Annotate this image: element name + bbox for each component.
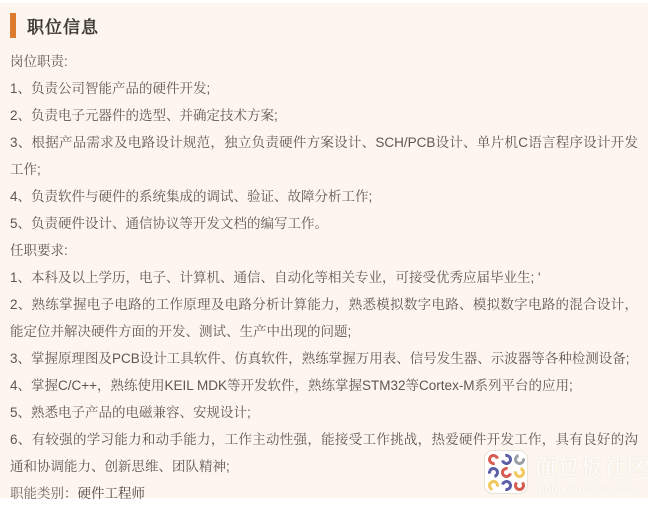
page: 职位信息 岗位职责: 1、负责公司智能产品的硬件开发; 2、负责电子元器件的选型… bbox=[0, 0, 648, 505]
requirement-item: 5、熟悉电子产品的电磁兼容、安规设计; bbox=[10, 399, 638, 426]
responsibilities-label: 岗位职责: bbox=[10, 48, 638, 75]
job-description: 岗位职责: 1、负责公司智能产品的硬件开发; 2、负责电子元器件的选型、并确定技… bbox=[0, 48, 648, 505]
responsibility-item: 5、负责硬件设计、通信协议等开发文档的编写工作。 bbox=[10, 210, 638, 237]
section-header: 职位信息 bbox=[10, 12, 648, 38]
responsibility-item: 3、根据产品需求及电路设计规范，独立负责硬件方案设计、SCH/PCB设计、单片机… bbox=[10, 129, 638, 183]
requirement-item: 1、本科及以上学历，电子、计算机、通信、自动化等相关专业，可接受优秀应届毕业生;… bbox=[10, 264, 638, 291]
requirement-item: 4、掌握C/C++，熟练使用KEIL MDK等开发软件，熟练掌握STM32等Co… bbox=[10, 372, 638, 399]
accent-bar-icon bbox=[10, 13, 16, 38]
responsibility-item: 1、负责公司智能产品的硬件开发; bbox=[10, 75, 638, 102]
job-info-panel: 职位信息 岗位职责: 1、负责公司智能产品的硬件开发; 2、负责电子元器件的选型… bbox=[0, 3, 648, 498]
responsibility-item: 4、负责软件与硬件的系统集成的调试、验证、故障分析工作; bbox=[10, 183, 638, 210]
breadboard-logo-icon bbox=[484, 450, 528, 494]
watermark-site-url: mbb.eet-china.com bbox=[535, 483, 648, 495]
watermark-text: 面包板社区 mbb.eet-china.com bbox=[535, 451, 648, 495]
requirement-item: 3、掌握原理图及PCB设计工具软件、仿真软件，熟练掌握万用表、信号发生器、示波器… bbox=[10, 345, 638, 372]
requirement-item: 2、熟练掌握电子电路的工作原理及电路分析计算能力，熟悉模拟数字电路、模拟数字电路… bbox=[10, 291, 638, 345]
responsibility-item: 2、负责电子元器件的选型、并确定技术方案; bbox=[10, 102, 638, 129]
job-category-label: 职能类别： bbox=[10, 486, 78, 501]
breadboard-logo-grid bbox=[488, 454, 525, 491]
job-category-value: 硬件工程师 bbox=[78, 486, 146, 501]
watermark: 面包板社区 mbb.eet-china.com bbox=[484, 450, 648, 495]
page-title: 职位信息 bbox=[27, 13, 99, 38]
watermark-site-name: 面包板社区 bbox=[535, 451, 648, 481]
requirements-label: 任职要求: bbox=[10, 237, 638, 264]
